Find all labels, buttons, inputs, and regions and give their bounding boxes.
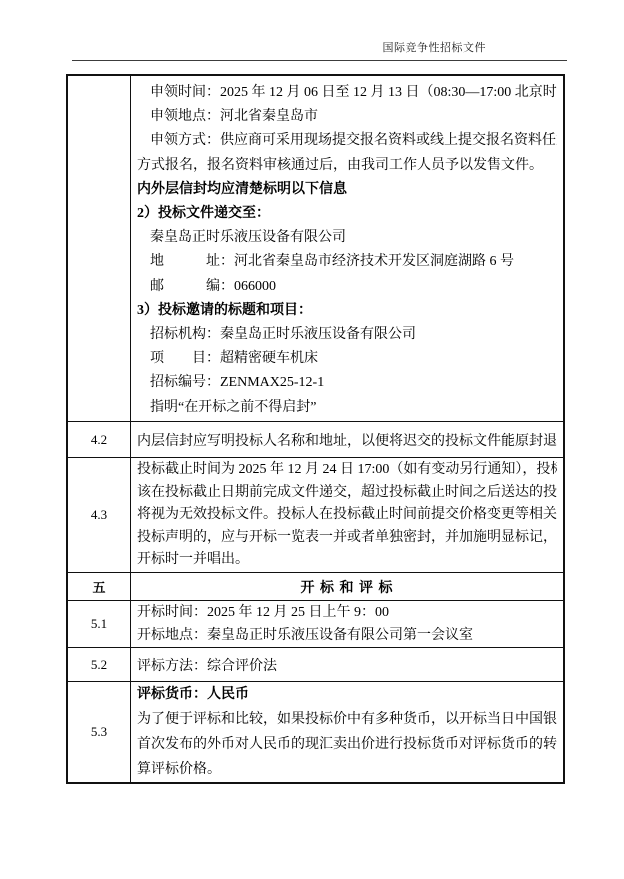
row-label-cell: 4.3 [68,458,131,572]
text-line: 评标货币：人民币 [137,682,557,707]
text-line: 地 址：河北省秦皇岛市经济技术开发区洞庭湖路 6 号 [137,250,557,274]
table-row: 五开 标 和 评 标 [68,572,563,600]
text-line: 邮 编：066000 [137,275,557,299]
document-page: 国际竞争性招标文件 申领时间：2025 年 12 月 06 日至 12 月 13… [0,0,624,879]
text-line: 招标编号：ZENMAX25-12-1 [137,371,557,395]
row-content-cell: 投标截止时间为 2025 年 12 月 24 日 17:00（如有变动另行通知）… [131,458,563,572]
text-line: 投标声明的，应与开标一览表一并或者单独密封，并加施明显标记，以便在 [137,527,557,550]
text-line: 项 目：超精密硬车机床 [137,347,557,371]
page-header-title: 国际竞争性招标文件 [0,39,486,55]
table-row: 5.2评标方法：综合评价法 [68,647,563,681]
row-content-cell: 评标方法：综合评价法 [131,648,563,681]
table-row: 5.3评标货币：人民币为了便于评标和比较，如果投标价中有多种货币，以开标当日中国… [68,681,563,782]
text-line: 秦皇岛正时乐液压设备有限公司 [137,226,557,250]
text-line: 招标机构：秦皇岛正时乐液压设备有限公司 [137,323,557,347]
text-line: 内层信封应写明投标人名称和地址，以便将迟交的投标文件能原封退回。 [137,430,557,450]
text-line: 投标截止时间为 2025 年 12 月 24 日 17:00（如有变动另行通知）… [137,459,557,482]
text-line: 开标时间：2025 年 12 月 25 日上午 9：00 [137,602,557,625]
text-line: 开标地点：秦皇岛正时乐液压设备有限公司第一会议室 [137,625,557,648]
text-line: 该在投标截止日期前完成文件递交，超过投标截止时间之后送达的投标文件 [137,482,557,505]
row-label-cell: 4.2 [68,422,131,457]
table-row: 4.3投标截止时间为 2025 年 12 月 24 日 17:00（如有变动另行… [68,457,563,572]
row-content-cell: 开标时间：2025 年 12 月 25 日上午 9：00开标地点：秦皇岛正时乐液… [131,601,563,647]
text-line: 申领时间：2025 年 12 月 06 日至 12 月 13 日（08:30—1… [137,81,557,105]
text-line: 将视为无效投标文件。投标人在投标截止时间前提交价格变更等相关内容的 [137,504,557,527]
row-label-cell [68,76,131,421]
row-label-cell: 5.1 [68,601,131,647]
text-line: 为了便于评标和比较，如果投标价中有多种货币，以开标当日中国银行总行 [137,707,557,732]
text-line: 内外层信封均应清楚标明以下信息 [137,178,557,202]
row-label-cell: 五 [68,573,131,600]
text-line: 指明“在开标之前不得启封” [137,396,557,420]
text-line: 申领方式：供应商可采用现场提交报名资料或线上提交报名资料任意一种 [137,129,557,153]
row-label-cell: 5.3 [68,682,131,782]
text-line: 3）投标邀请的标题和项目： [137,299,557,323]
text-line: 方式报名，报名资料审核通过后，由我司工作人员予以发售文件。 [137,154,557,178]
row-content-cell: 开 标 和 评 标 [131,573,563,600]
row-content-cell: 申领时间：2025 年 12 月 06 日至 12 月 13 日（08:30—1… [131,76,563,421]
bid-table: 申领时间：2025 年 12 月 06 日至 12 月 13 日（08:30—1… [66,74,565,784]
text-line: 开 标 和 评 标 [137,577,557,597]
row-label-cell: 5.2 [68,648,131,681]
header-rule [72,60,567,61]
text-line: 算评标价格。 [137,757,557,782]
table-row: 4.2内层信封应写明投标人名称和地址，以便将迟交的投标文件能原封退回。 [68,421,563,457]
table-row: 申领时间：2025 年 12 月 06 日至 12 月 13 日（08:30—1… [68,76,563,421]
table-row: 5.1开标时间：2025 年 12 月 25 日上午 9：00开标地点：秦皇岛正… [68,600,563,647]
text-line: 申领地点：河北省秦皇岛市 [137,105,557,129]
text-line: 评标方法：综合评价法 [137,655,277,675]
row-content-cell: 评标货币：人民币为了便于评标和比较，如果投标价中有多种货币，以开标当日中国银行总… [131,682,563,782]
text-line: 2）投标文件递交至： [137,202,557,226]
row-content-cell: 内层信封应写明投标人名称和地址，以便将迟交的投标文件能原封退回。 [131,422,563,457]
text-line: 开标时一并唱出。 [137,549,557,572]
text-line: 首次发布的外币对人民币的现汇卖出价进行投标货币对评标货币的转换以计 [137,732,557,757]
